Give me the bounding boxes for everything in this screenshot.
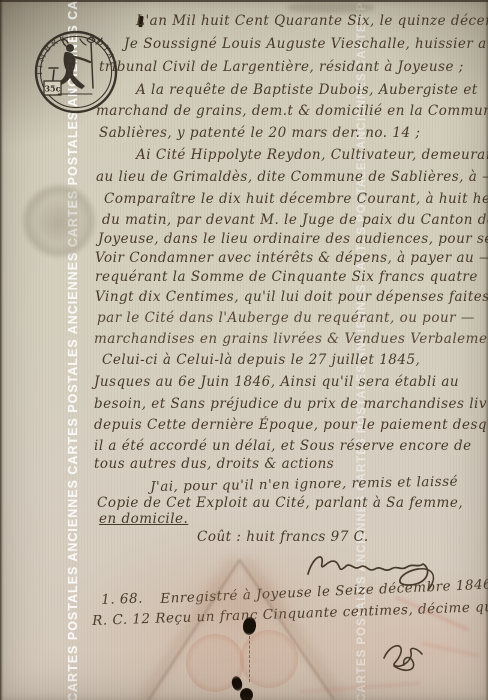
manuscript-line: A la requête de Baptiste Dubois, Aubergi…	[136, 83, 478, 98]
manuscript-line: Jusques au 6e Juin 1846, Ainsi qu'il ser…	[94, 375, 459, 390]
ink-ghost-smudge	[288, 2, 374, 13]
fold-crease-left	[147, 559, 240, 700]
ink-blot	[240, 688, 253, 700]
manuscript-line: Comparaître le dix huit décembre Courant…	[104, 192, 488, 207]
manuscript-line: Je Soussigné Louis Auguste Vieschalle, h…	[124, 37, 488, 52]
embossed-stamp-ghost-core	[36, 198, 82, 248]
ink-blot	[242, 616, 257, 636]
red-ink-bleed-streak	[300, 682, 420, 693]
manuscript-line: tous autres dus, droits & actions	[94, 457, 334, 472]
scan-edge-top	[0, 0, 488, 2]
manuscript-line: Sablières, y patenté le 20 mars der. no.…	[99, 126, 420, 141]
manuscript-line: Joyeuse, dans le lieu ordinaire des audi…	[98, 232, 488, 247]
registration-ref: 1. 68.	[101, 592, 143, 608]
manuscript-line: Ai Cité Hippolyte Reydon, Cultivateur, d…	[136, 148, 488, 163]
scan-edge-left	[0, 0, 3, 700]
manuscript-line: au lieu de Grimaldès, dite Commune de Sa…	[96, 170, 488, 185]
manuscript-line: en domicile.	[99, 512, 188, 527]
manuscript-line: L'an Mil huit Cent Quarante Six, le quin…	[136, 14, 488, 29]
fold-crease-shadow-left	[138, 555, 241, 700]
manuscript-line: requérant la Somme de Cinquante Six fran…	[95, 270, 478, 285]
caduceus-staff	[91, 43, 93, 88]
manuscript-line: Celui-ci à Celui-là depuis le 27 juillet…	[102, 353, 420, 368]
manuscript-line: besoin, et Sans préjudice du prix de mar…	[94, 397, 488, 412]
manuscript-line: marchandises en grains livrées & Vendues…	[94, 332, 488, 347]
manuscript-line: Copie de Cet Exploit au Cité, parlant à …	[97, 496, 463, 511]
manuscript-line: Voir Condamner avec intérêts & dépens, à…	[95, 251, 488, 266]
manuscript-line: Vingt dix Centimes, qu'il lui doit pour …	[95, 290, 488, 305]
scanned-manuscript-page: CARTES POSTALES ANCIENNES CARTES POSTALE…	[0, 0, 488, 700]
manuscript-line: il a été accordé un délai, et Sous réser…	[94, 439, 472, 454]
stitch-dotted-line	[249, 636, 250, 682]
manuscript-line: J'ai, pour qu'il n'en ignore, remis et l…	[150, 475, 458, 495]
manuscript-line: marchand de grains, dem.t & domicilié en…	[96, 104, 488, 119]
manuscript-line: par le Cité dans l'Auberge du requérant,…	[97, 311, 475, 326]
manuscript-line: depuis Cette dernière Époque, pour le pa…	[94, 418, 488, 433]
stamp-value: 35c	[44, 84, 60, 94]
manuscript-line: du matin, par devant M. le Juge de paix …	[102, 213, 488, 228]
manuscript-line: tribunal Civil de Largentière, résidant …	[99, 60, 464, 75]
